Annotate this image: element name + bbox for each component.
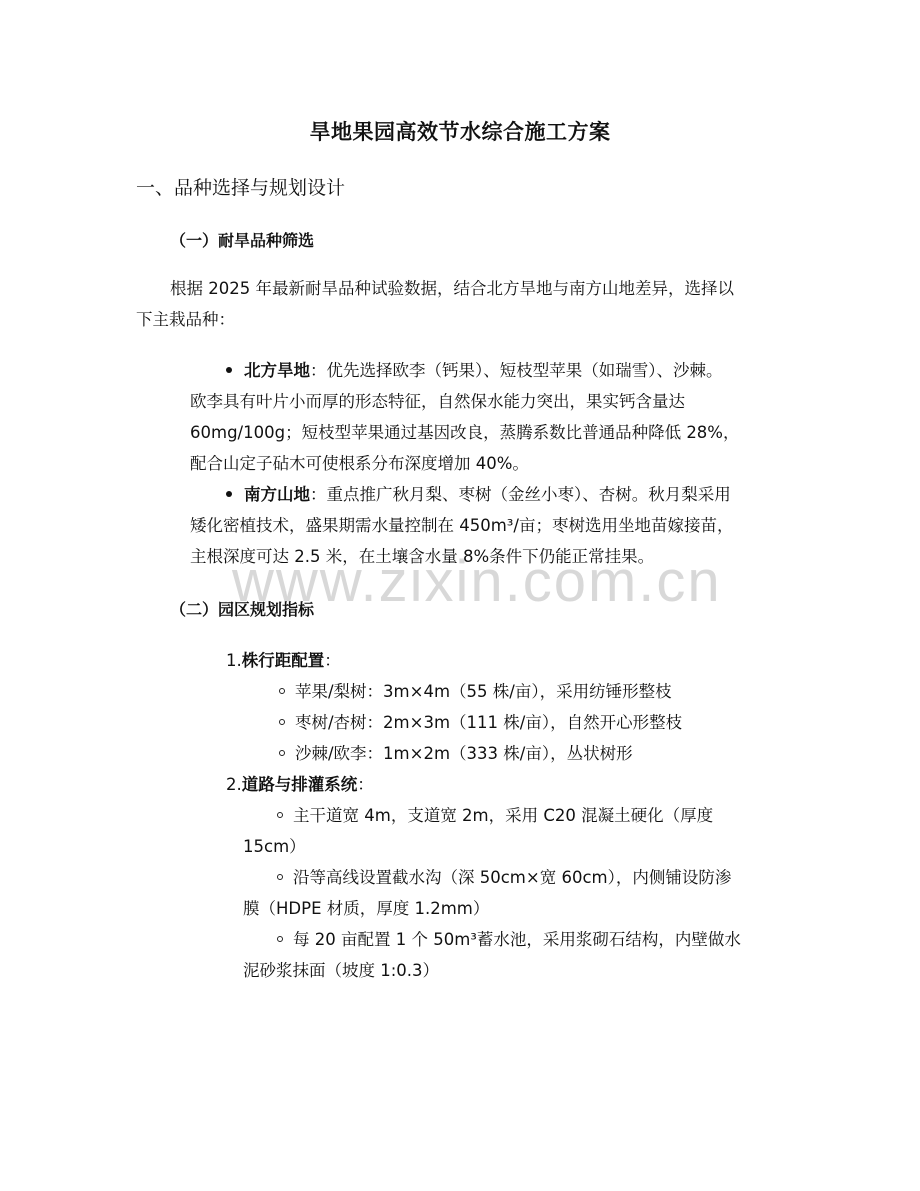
circle-bullet-icon <box>279 750 285 756</box>
subsection-heading-park-planning: （二）园区规划指标 <box>170 597 314 620</box>
section-heading-1: 一、品种选择与规划设计 <box>136 173 345 200</box>
numbered-item-spacing: 1.株行距配置： <box>226 645 341 676</box>
sub-list-text: 苹果/梨树：3m×4m（55 株/亩），采用纺锤形整枝 <box>295 682 672 701</box>
bullet-text-line: 欧李具有叶片小而厚的形态特征，自然保水能力突出，果实钙含量达 <box>190 386 685 417</box>
sub-list-text-line: 膜（HDPE 材质，厚度 1.2mm） <box>243 893 489 924</box>
numbered-item-roads-irrigation: 2.道路与排灌系统： <box>226 769 374 800</box>
bullet-text-line: 主根深度可达 2.5 米，在土壤含水量 8%条件下仍能正常挂果。 <box>190 541 654 572</box>
item-label: 株行距配置 <box>242 651 325 670</box>
subsection-heading-drought-varieties: （一）耐旱品种筛选 <box>170 228 314 251</box>
item-number: 1. <box>226 651 242 670</box>
item-label: 道路与排灌系统 <box>242 775 358 794</box>
sub-list-item: 苹果/梨树：3m×4m（55 株/亩），采用纺锤形整枝 <box>279 676 672 707</box>
circle-bullet-icon <box>279 688 285 694</box>
bullet-text-line: 矮化密植技术，盛果期需水量控制在 450m³/亩；枣树选用坐地苗嫁接苗， <box>190 510 734 541</box>
bullet-icon <box>226 491 232 497</box>
sub-list-item: 沙棘/欧李：1m×2m（333 株/亩），丛状树形 <box>279 738 633 769</box>
sub-list-item: 枣树/杏树：2m×3m（111 株/亩），自然开心形整枝 <box>279 707 682 738</box>
sub-list-text: 主干道宽 4m，支道宽 2m，采用 C20 混凝土硬化（厚度 <box>293 806 713 825</box>
bullet-label: 北方旱地 <box>244 361 310 380</box>
bullet-text-line: 配合山定子砧木可使根系分布深度增加 40%。 <box>190 448 529 479</box>
bullet-label: 南方山地 <box>244 485 310 504</box>
bullet-item-south: 南方山地：重点推广秋月梨、枣树（金丝小枣）、杏树。秋月梨采用 <box>226 479 731 510</box>
intro-paragraph-line: 根据 2025 年最新耐旱品种试验数据，结合北方旱地与南方山地差异，选择以 <box>170 273 734 304</box>
circle-bullet-icon <box>277 874 283 880</box>
sub-list-text: 每 20 亩配置 1 个 50m³蓄水池，采用浆砌石结构，内壁做水 <box>293 930 741 949</box>
sub-list-text-line: 泥砂浆抹面（坡度 1:0.3） <box>243 955 439 986</box>
circle-bullet-icon <box>277 812 283 818</box>
intro-paragraph-line: 下主栽品种： <box>136 304 235 335</box>
bullet-text: ：重点推广秋月梨、枣树（金丝小枣）、杏树。秋月梨采用 <box>310 485 731 504</box>
sub-list-item: 每 20 亩配置 1 个 50m³蓄水池，采用浆砌石结构，内壁做水 <box>277 924 741 955</box>
sub-list-item: 主干道宽 4m，支道宽 2m，采用 C20 混凝土硬化（厚度 <box>277 800 713 831</box>
sub-list-text: 沿等高线设置截水沟（深 50cm×宽 60cm），内侧铺设防渗 <box>293 868 731 887</box>
bullet-item-north: 北方旱地：优先选择欧李（钙果）、短枝型苹果（如瑞雪）、沙棘。 <box>226 355 723 386</box>
sub-list-text-line: 15cm） <box>243 831 306 862</box>
bullet-text: ：优先选择欧李（钙果）、短枝型苹果（如瑞雪）、沙棘。 <box>310 361 723 380</box>
item-number: 2. <box>226 775 242 794</box>
circle-bullet-icon <box>277 936 283 942</box>
document-title: 旱地果园高效节水综合施工方案 <box>0 116 920 146</box>
bullet-text-line: 60mg/100g；短枝型苹果通过基因改良，蒸腾系数比普通品种降低 28%， <box>190 417 740 448</box>
document-page: www.zixin.com.cn 旱地果园高效节水综合施工方案 一、品种选择与规… <box>0 0 920 1191</box>
bullet-icon <box>226 367 232 373</box>
item-suffix: ： <box>324 651 341 670</box>
sub-list-text: 枣树/杏树：2m×3m（111 株/亩），自然开心形整枝 <box>295 713 682 732</box>
sub-list-item: 沿等高线设置截水沟（深 50cm×宽 60cm），内侧铺设防渗 <box>277 862 731 893</box>
sub-list-text: 沙棘/欧李：1m×2m（333 株/亩），丛状树形 <box>295 744 633 763</box>
item-suffix: ： <box>357 775 374 794</box>
circle-bullet-icon <box>279 719 285 725</box>
